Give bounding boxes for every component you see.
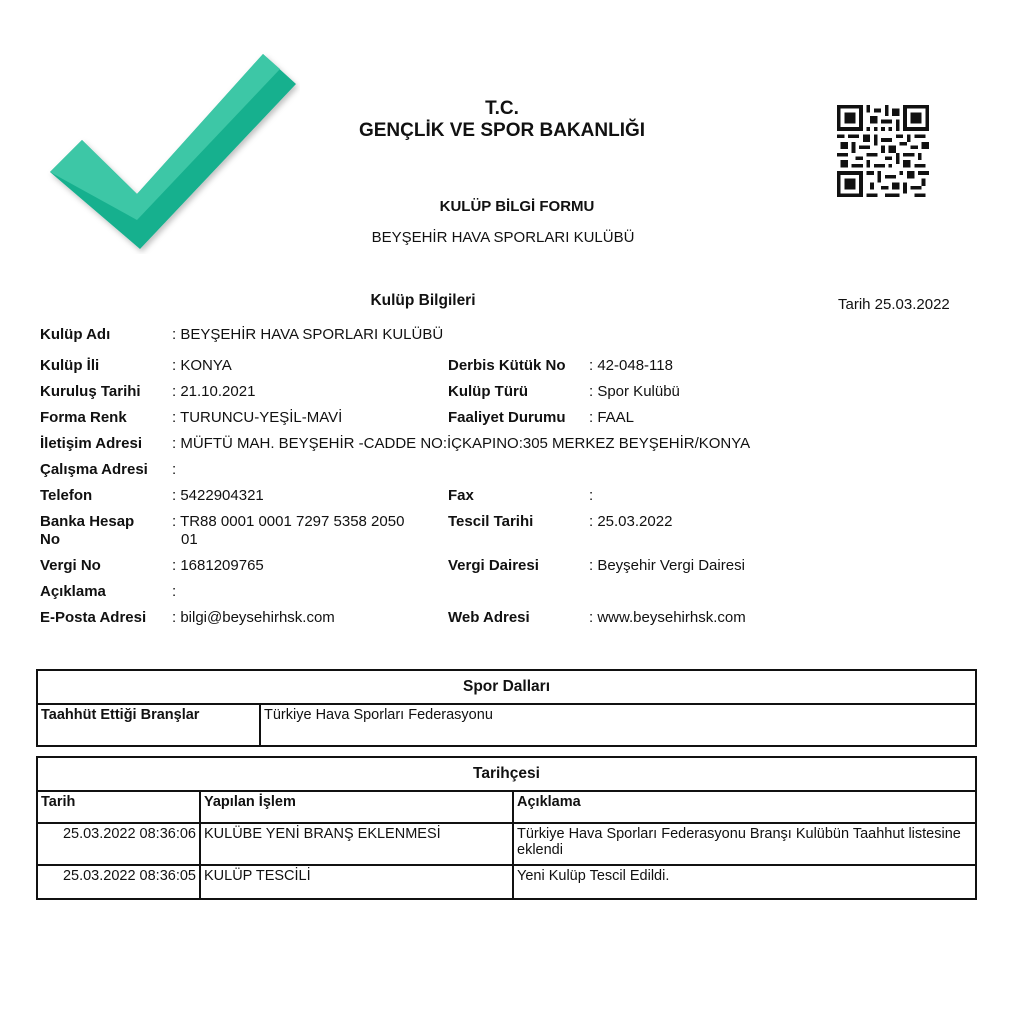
value-kulup-ili: : KONYA — [172, 357, 232, 374]
label-vergi-no: Vergi No — [40, 557, 101, 574]
history-row: 25.03.2022 08:36:05 KULÜP TESCİLİ Yeni K… — [37, 865, 976, 899]
sport-branches-label: Taahhüt Ettiği Branşlar — [37, 704, 260, 746]
document-date: Tarih 25.03.2022 — [838, 296, 950, 313]
history-col-action: Yapılan İşlem — [200, 791, 513, 823]
form-title: KULÜP BİLGİ FORMU — [0, 198, 1024, 215]
value-forma-renk: : TURUNCU-YEŞİL-MAVİ — [172, 409, 342, 426]
label-eposta: E-Posta Adresi — [40, 609, 146, 626]
label-banka-hesap: Banka Hesap — [40, 513, 134, 530]
label-kulup-turu: Kulüp Türü — [448, 383, 528, 400]
label-derbis: Derbis Kütük No — [448, 357, 566, 374]
header-ministry: GENÇLİK VE SPOR BAKANLIĞI — [0, 120, 1004, 142]
value-web-adresi: : www.beysehirhsk.com — [589, 609, 746, 626]
history-row-action: KULÜP TESCİLİ — [200, 865, 513, 899]
history-table: Tarihçesi Tarih Yapılan İşlem Açıklama 2… — [36, 756, 977, 900]
history-row-date: 25.03.2022 08:36:06 — [37, 823, 200, 865]
check-icon — [40, 44, 300, 254]
value-faaliyet-durumu: : FAAL — [589, 409, 634, 426]
value-vergi-dairesi: : Beyşehir Vergi Dairesi — [589, 557, 745, 574]
label-iletisim-adresi: İletişim Adresi — [40, 435, 142, 452]
value-calisma-adresi: : — [172, 461, 176, 478]
history-col-description: Açıklama — [513, 791, 976, 823]
history-row-date: 25.03.2022 08:36:05 — [37, 865, 200, 899]
label-vergi-dairesi: Vergi Dairesi — [448, 557, 539, 574]
label-kurulus-tarihi: Kuruluş Tarihi — [40, 383, 141, 400]
header-tc: T.C. — [0, 98, 1004, 120]
value-kurulus-tarihi: : 21.10.2021 — [172, 383, 255, 400]
value-tescil-tarihi: : 25.03.2022 — [589, 513, 672, 530]
history-row: 25.03.2022 08:36:06 KULÜBE YENİ BRANŞ EK… — [37, 823, 976, 865]
sport-branches-value: Türkiye Hava Sporları Federasyonu — [260, 704, 976, 746]
history-row-description: Türkiye Hava Sporları Federasyonu Branşı… — [513, 823, 976, 865]
label-kulup-adi: Kulüp Adı — [40, 326, 110, 343]
label-tescil-tarihi: Tescil Tarihi — [448, 513, 533, 530]
label-aciklama: Açıklama — [40, 583, 106, 600]
value-vergi-no: : 1681209765 — [172, 557, 264, 574]
section-title-club-info: Kulüp Bilgileri — [0, 292, 846, 310]
value-derbis: : 42-048-118 — [589, 357, 673, 374]
label-banka-hesap-no: No — [40, 531, 60, 548]
value-aciklama: : — [172, 583, 176, 600]
value-iletisim-adresi: : MÜFTÜ MAH. BEYŞEHİR -CADDE NO:İÇKAPINO… — [172, 435, 750, 452]
label-faaliyet-durumu: Faaliyet Durumu — [448, 409, 566, 426]
value-eposta: : bilgi@beysehirhsk.com — [172, 609, 335, 626]
label-forma-renk: Forma Renk — [40, 409, 127, 426]
label-telefon: Telefon — [40, 487, 92, 504]
sport-branches-title: Spor Dalları — [37, 670, 976, 704]
value-banka-hesap: : TR88 0001 0001 7297 5358 2050 — [172, 513, 404, 530]
value-telefon: : 5422904321 — [172, 487, 264, 504]
history-row-action: KULÜBE YENİ BRANŞ EKLENMESİ — [200, 823, 513, 865]
history-col-date: Tarih — [37, 791, 200, 823]
label-fax: Fax — [448, 487, 474, 504]
label-calisma-adresi: Çalışma Adresi — [40, 461, 148, 478]
sport-branches-table: Spor Dalları Taahhüt Ettiği Branşlar Tür… — [36, 669, 977, 747]
label-web-adresi: Web Adresi — [448, 609, 530, 626]
value-fax: : — [589, 487, 593, 504]
history-title: Tarihçesi — [37, 757, 976, 791]
label-kulup-ili: Kulüp İli — [40, 357, 99, 374]
value-kulup-adi: : BEYŞEHİR HAVA SPORLARI KULÜBÜ — [172, 326, 443, 343]
history-row-description: Yeni Kulüp Tescil Edildi. — [513, 865, 976, 899]
value-kulup-turu: : Spor Kulübü — [589, 383, 680, 400]
value-banka-hesap-cont: 01 — [181, 531, 198, 548]
form-club-name: BEYŞEHİR HAVA SPORLARI KULÜBÜ — [0, 229, 1006, 246]
